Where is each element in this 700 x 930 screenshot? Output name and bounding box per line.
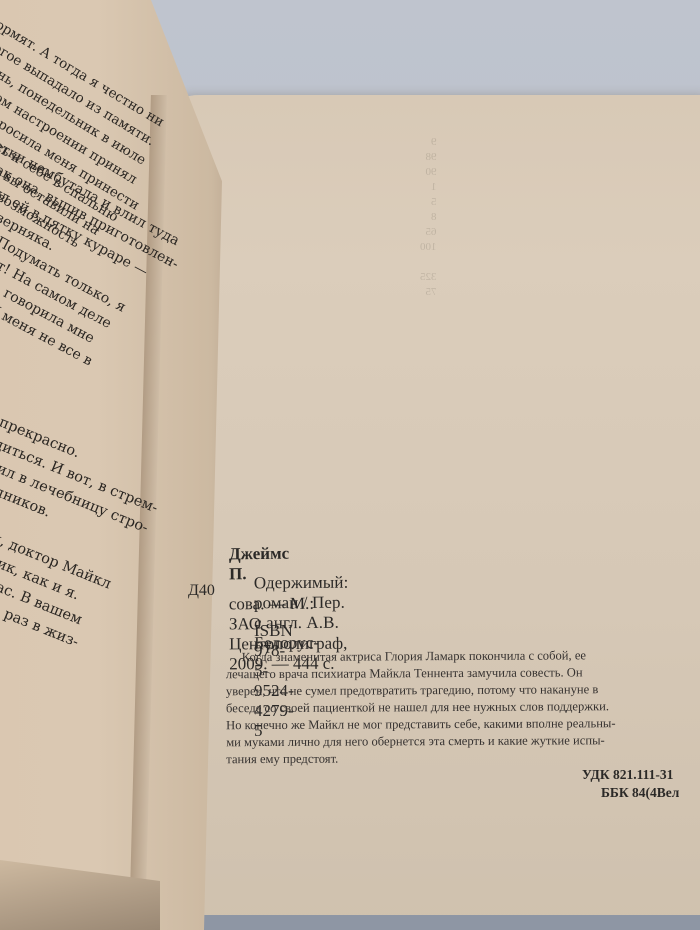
show-through-line: 98 <box>420 150 437 165</box>
annotation: Когда знаменитая актриса Глория Ламарк п… <box>226 647 697 768</box>
show-through-line: 5 <box>420 195 437 210</box>
classification-code: Д40 <box>188 582 215 600</box>
show-through-line: 1 <box>420 180 437 195</box>
show-through-line: 100 <box>420 240 437 255</box>
show-through-line: 325 <box>420 270 437 285</box>
show-through-line: 8 <box>420 210 437 225</box>
show-through-line: 9 <box>420 135 437 150</box>
show-through-line <box>420 255 437 270</box>
table-surface <box>140 915 700 930</box>
show-through-line: 65 <box>420 225 437 240</box>
bbk-code: ББК 84(4Вел <box>601 785 679 801</box>
photo-scene: 9 98 90 1 5 8 65 100 325 75 меня кормят.… <box>0 0 700 930</box>
show-through-text: 9 98 90 1 5 8 65 100 325 75 <box>420 135 437 300</box>
udk-code: УДК 821.111-31 <box>582 767 673 783</box>
show-through-line: 90 <box>420 165 437 180</box>
annotation-line: тания ему предстоят. <box>226 749 696 768</box>
show-through-line: 75 <box>420 285 437 300</box>
